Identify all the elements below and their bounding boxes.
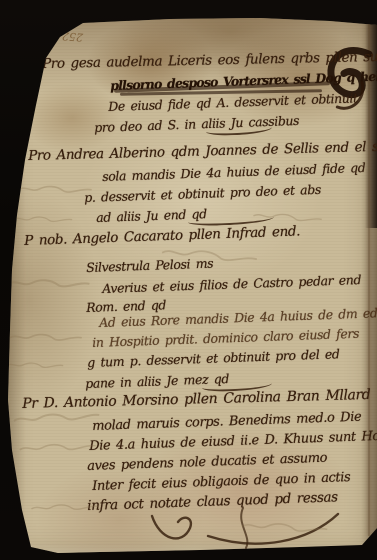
show-through-mark: [8, 330, 84, 344]
manuscript-line: p. desservit et obtinuit pro deo et abs: [84, 182, 321, 205]
page-number-upside-down: 252: [62, 29, 84, 43]
manuscript-line: sola mandis Die 4a huius de eiusd fide q…: [102, 160, 366, 184]
show-through-mark: [252, 208, 325, 226]
show-through-mark: [30, 499, 100, 515]
manuscript-line: Averius et eius filios de Castro pedar e…: [102, 272, 361, 296]
manuscript-photo: 252 Pro gesa audelma Liceris eos fulens …: [0, 0, 377, 560]
show-through-mark: [16, 182, 94, 196]
paper-sheet: 252 Pro gesa audelma Liceris eos fulens …: [0, 0, 377, 560]
flourish-underline: [206, 123, 272, 136]
manuscript-line: g tum p. desservit et obtinuit pro del e…: [87, 346, 340, 370]
show-through-mark: [6, 276, 92, 290]
show-through-mark: [18, 438, 99, 456]
manuscript-line: Pro Andrea Alberino qdm Joannes de Selli…: [28, 138, 377, 164]
show-through-mark: [12, 212, 74, 226]
manuscript-line: aves pendens nole ducatis et assumo: [87, 451, 327, 474]
show-through-mark: [5, 358, 65, 372]
